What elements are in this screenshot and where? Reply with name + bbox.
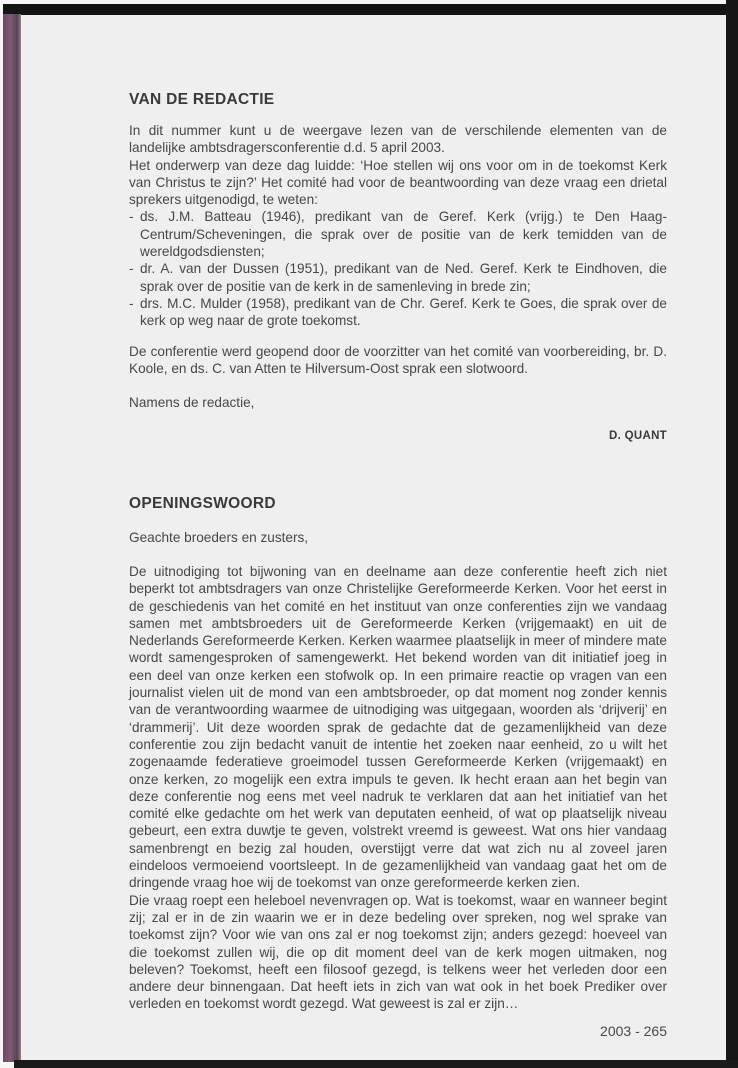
openingswoord-paragraph-2: Die vraag roept een heleboel nevenvragen…	[129, 892, 667, 1013]
scan-border-bottom	[14, 1060, 738, 1068]
document-page: VAN DE REDACTIE In dit nummer kunt u de …	[21, 15, 726, 1060]
redactie-opening-block: De conferentie werd geopend door de voor…	[129, 343, 667, 378]
scan-border-right	[726, 0, 738, 1062]
openingswoord-body: De uitnodiging tot bijwoning van en deel…	[129, 563, 667, 1013]
section-title-van-de-redactie: VAN DE REDACTIE	[129, 91, 274, 108]
redactie-body: In dit nummer kunt u de weergave lezen v…	[129, 122, 667, 330]
redactie-closing: Namens de redactie,	[129, 394, 667, 411]
salutation-block: Geachte broeders en zusters,	[129, 529, 667, 546]
speaker-item: ds. J.M. Batteau (1946), predikant van d…	[129, 208, 667, 260]
openingswoord-paragraph-1: De uitnodiging tot bijwoning van en deel…	[129, 563, 667, 892]
redactie-topic: Het onderwerp van deze dag luidde: ‘Hoe …	[129, 157, 667, 209]
signature: D. QUANT	[609, 428, 667, 445]
scan-border-top	[3, 4, 738, 15]
speakers-list: ds. J.M. Batteau (1946), predikant van d…	[129, 208, 667, 329]
scan-border-left	[3, 14, 21, 1062]
salutation: Geachte broeders en zusters,	[129, 529, 667, 546]
speaker-item: dr. A. van der Dussen (1951), predikant …	[129, 260, 667, 295]
page-number: 2003 - 265	[600, 1023, 667, 1040]
redactie-closing-block: Namens de redactie,	[129, 394, 667, 411]
redactie-opening: De conferentie werd geopend door de voor…	[129, 343, 667, 378]
redactie-intro: In dit nummer kunt u de weergave lezen v…	[129, 122, 667, 157]
speaker-item: drs. M.C. Mulder (1958), predikant van d…	[129, 295, 667, 330]
section-title-openingswoord: OPENINGSWOORD	[129, 495, 276, 512]
